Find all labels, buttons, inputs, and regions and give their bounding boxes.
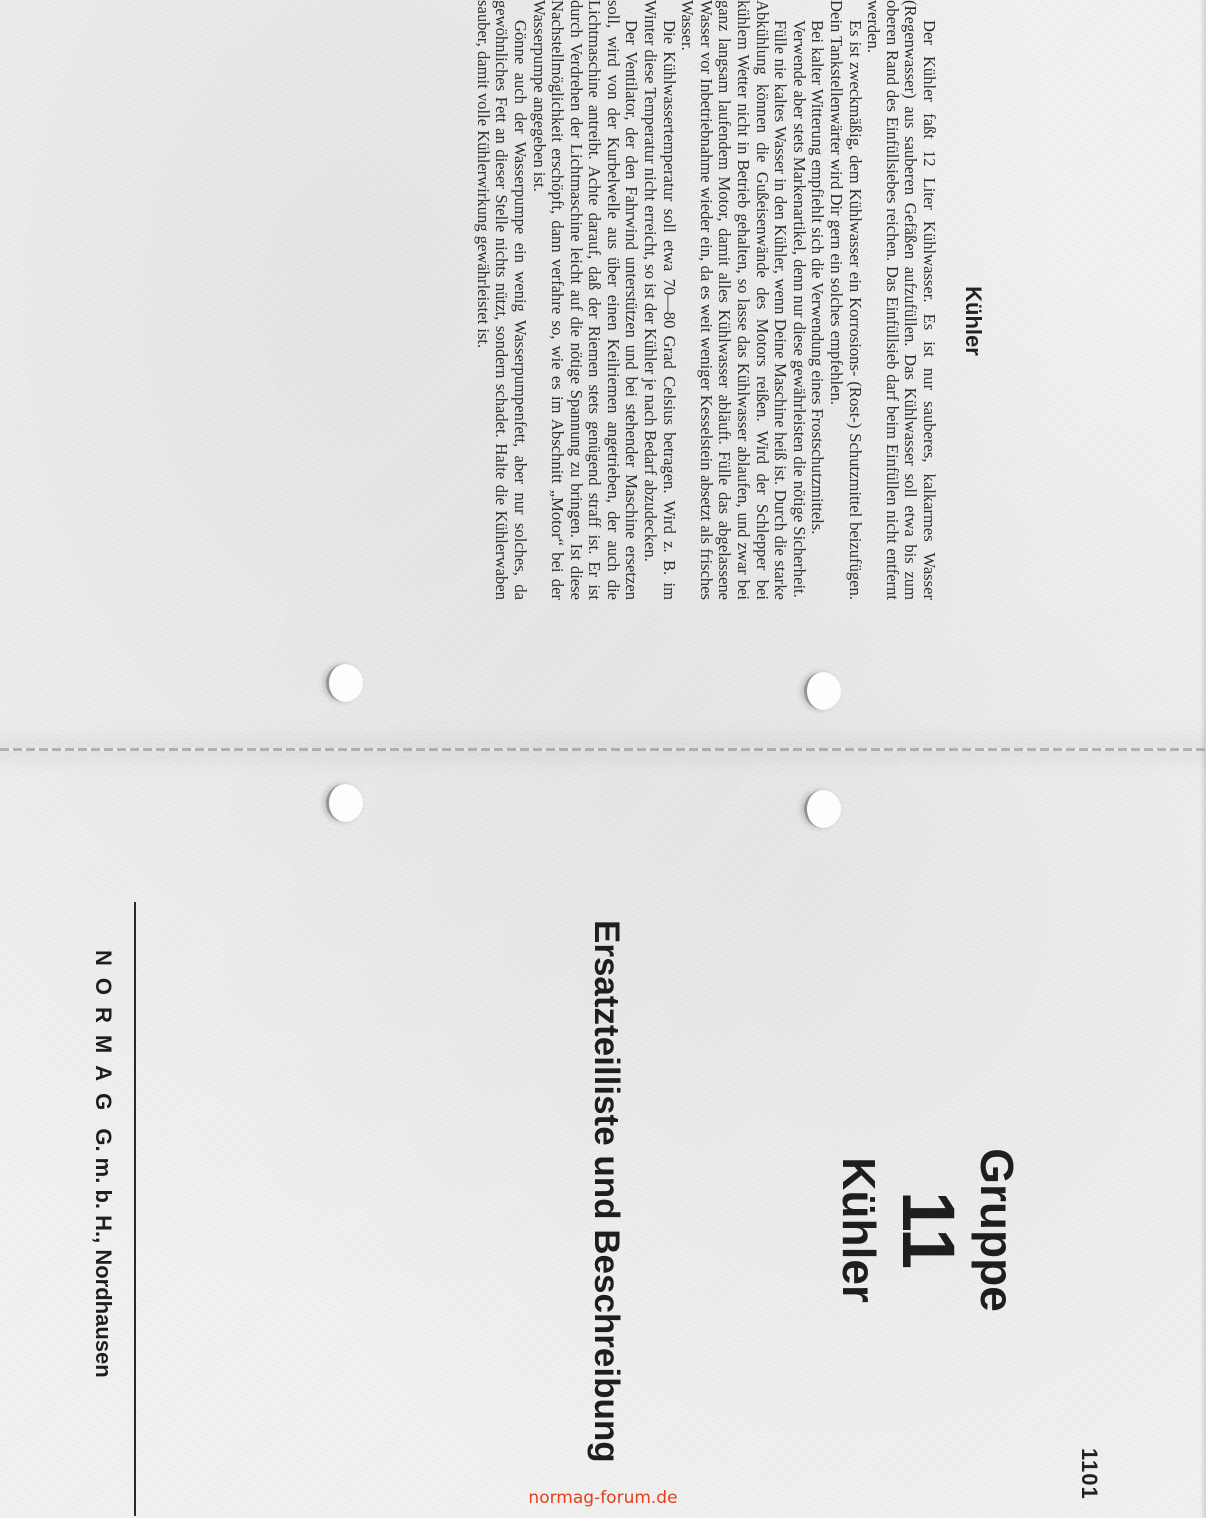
company-name: NORMAG G. m. b. H., Nordhausen xyxy=(90,950,116,1378)
watermark-link[interactable]: normag-forum.de xyxy=(0,1488,1206,1508)
paragraph: Fülle nie kaltes Wasser in den Kühler, w… xyxy=(678,0,790,600)
group-number: 11 xyxy=(888,1020,968,1440)
company-brand: NORMAG xyxy=(91,950,116,1122)
article-body: Der Kühler faßt 12 Liter Kühlwasser. Es … xyxy=(473,0,938,600)
paragraph: Bei kalter Witterung empfiehlt sich die … xyxy=(808,0,827,600)
paragraph: Es ist zweckmäßig, dem Kühlwasser ein Ko… xyxy=(826,0,863,600)
paragraph: Der Kühler faßt 12 Liter Kühlwasser. Es … xyxy=(864,0,938,600)
document-subtitle: Ersatzteilliste und Beschreibung xyxy=(586,920,626,1463)
group-label: Gruppe xyxy=(968,1020,1026,1440)
group-name: Kühler xyxy=(830,1020,888,1440)
paragraph: Der Ventilator, der den Fahrwind unterst… xyxy=(529,0,641,600)
document-page: 1101 Gruppe 11 Kühler Ersatzteilliste un… xyxy=(0,0,1206,1518)
group-heading: Gruppe 11 Kühler xyxy=(830,1020,1026,1440)
divider xyxy=(134,902,136,1516)
article-title: Kühler xyxy=(960,0,986,642)
company-suffix: G. m. b. H., Nordhausen xyxy=(91,1128,116,1377)
paragraph: Die Kühlwassertemperatur soll etwa 70—80… xyxy=(641,0,678,600)
paragraph: Verwende aber stets Markenartikel, denn … xyxy=(789,0,808,600)
paragraph: Gönne auch der Wasserpumpe ein wenig Was… xyxy=(473,0,529,600)
